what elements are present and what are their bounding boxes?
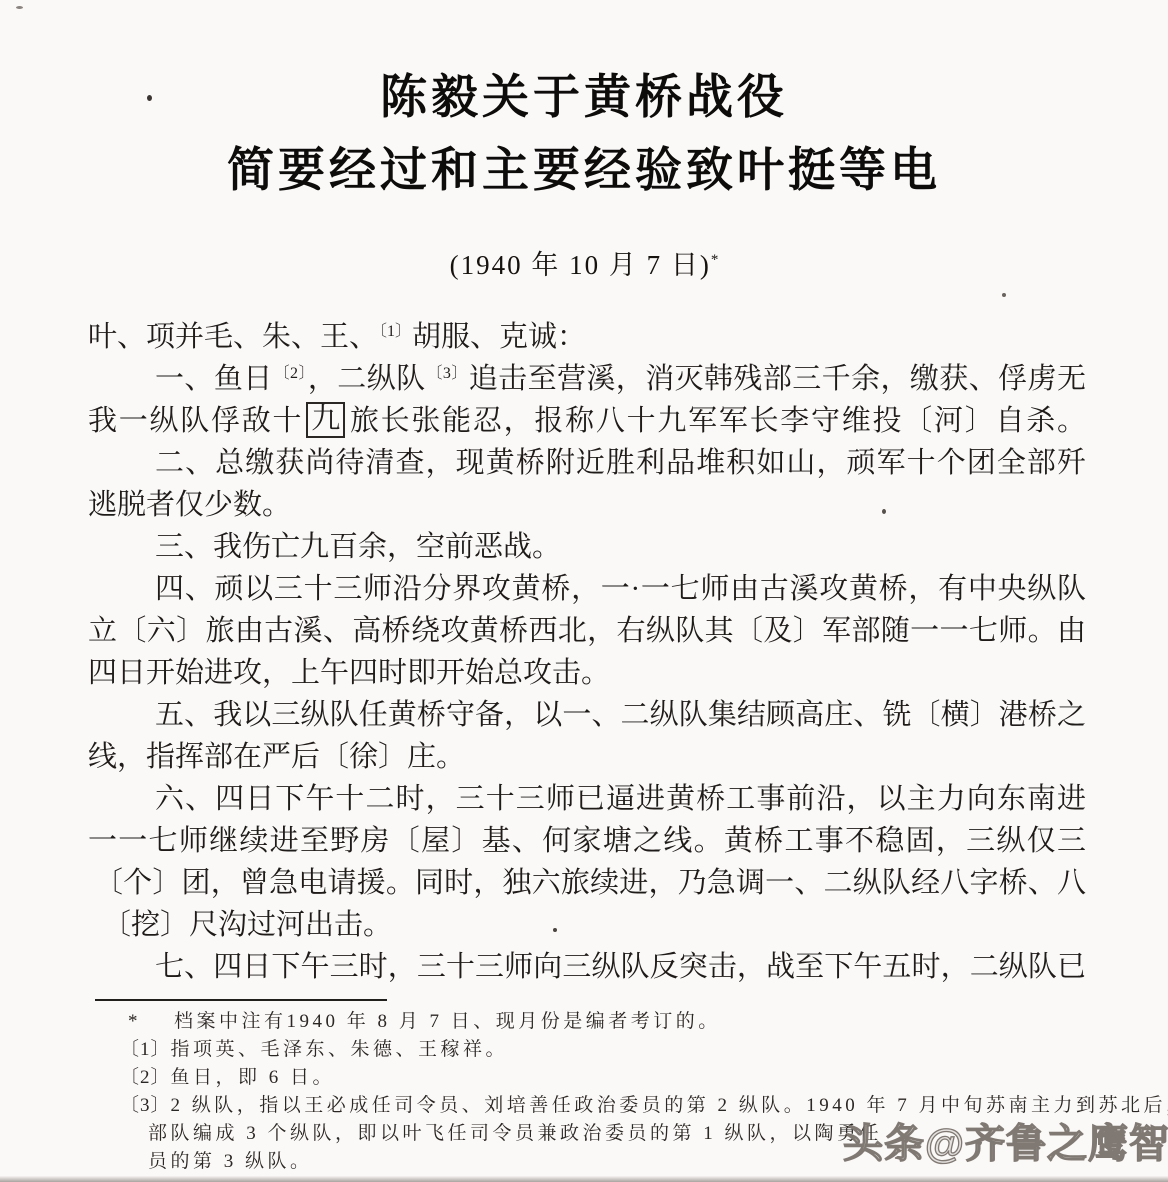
body-text-segment: 叶、项并毛、朱、王、: [88, 321, 378, 353]
body-line: 四、顽以三十三师沿分界攻黄桥，一·一七师由古溪攻黄桥，有中央纵队独: [88, 568, 1086, 610]
body-line: 一、鱼日〔2〕，二纵队〔3〕追击至营溪，消灭韩残部三千余，缴获、俘虏无算。: [88, 358, 1086, 400]
body-text-segment: 六、四日下午十二时，三十三师已逼进黄桥工事前沿，以主力向东南进攻。: [88, 783, 1086, 820]
body-text-segment: 四日开始进攻，上午四时即开始总攻击。: [88, 657, 610, 689]
scan-speck: [147, 95, 152, 101]
footnote-text: 部队编成 3 个纵队，即以叶飞任司令员兼政治委员的第 1 纵队，以陶勇任: [148, 1123, 882, 1144]
footnote-marker: *: [120, 1008, 174, 1036]
body-text-segment: 七、四日下午三时，三十三师向三纵队反突击，战至下午五时，二纵队已: [155, 951, 1086, 983]
body-line: 我一纵队俘敌十九旅长张能忍，报称八十九军军长李守维投〔河〕自杀。: [88, 400, 1086, 442]
footnote-text: 员的第 3 纵队。: [148, 1151, 313, 1172]
body-text-segment: 〔个〕团，曾急电请援。同时，独六旅续进，乃急调一、二纵队经八字桥、八: [94, 867, 1086, 899]
body-text-segment: 胡服、克诚：: [412, 321, 586, 353]
footnote-text: 档案中注有1940 年 8 月 7 日、现月份是编者考订的。: [174, 1011, 721, 1032]
body-line: 四日开始进攻，上午四时即开始总攻击。: [88, 652, 1086, 694]
body-text-segment: 四、顽以三十三师沿分界攻黄桥，一·一七师由古溪攻黄桥，有中央纵队独: [88, 573, 1086, 610]
body-line: 一一七师继续进至野房〔屋〕基、何家塘之线。黄桥工事不稳固，三纵仅三: [88, 820, 1086, 862]
scan-speck: [16, 6, 23, 9]
body-line: 逃脱者仅少数。: [88, 484, 1086, 526]
document-title: 陈毅关于黄桥战役 简要经过和主要经验致叶挺等电: [0, 60, 1168, 206]
body-line: 五、我以三纵队任黄桥守备，以一、二纵队集结顾高庄、铣〔横〕港桥之: [88, 694, 1086, 736]
footnote-text: 指项英、毛泽东、朱德、王稼祥。: [171, 1039, 509, 1060]
body-line: 立〔六〕旅由古溪、高桥绕攻黄桥西北，右纵队其〔及〕军部随一一七师。由: [88, 610, 1086, 652]
footnote-ref: 〔3〕: [427, 365, 468, 382]
body-line: 〔个〕团，曾急电请援。同时，独六旅续进，乃急调一、二纵队经八字桥、八: [88, 862, 1086, 904]
footnote-ref: 〔1〕: [379, 323, 411, 340]
footnote-marker: 〔3〕: [120, 1092, 171, 1120]
footnote-line: *档案中注有1940 年 8 月 7 日、现月份是编者考订的。: [120, 1008, 1168, 1036]
body-text-segment: 一、鱼日: [155, 363, 273, 395]
boxed-character: 九: [306, 402, 345, 438]
dateline: (1940 年 10 月 7 日)*: [0, 243, 1168, 282]
scan-bottom-edge: [0, 1176, 1168, 1182]
scan-speck: [882, 509, 886, 514]
scan-speck: [553, 928, 557, 932]
body-text-segment: ，二纵队: [308, 363, 426, 395]
body-text-segment: 立〔六〕旅由古溪、高桥绕攻黄桥西北，右纵队其〔及〕军部随一一七师。由: [88, 615, 1086, 647]
title-line-2: 简要经过和主要经验致叶挺等电: [0, 133, 1168, 206]
footnote-marker: 〔2〕: [120, 1064, 171, 1092]
title-line-1: 陈毅关于黄桥战役: [0, 60, 1168, 133]
body-line: 三、我伤亡九百余，空前恶战。: [88, 526, 1086, 568]
footnote-line: 〔1〕指项英、毛泽东、朱德、王稼祥。: [120, 1036, 1168, 1064]
body-text-segment: 〔挖〕尺沟过河出击。: [102, 909, 392, 941]
body-line: 线，指挥部在严后〔徐〕庄。: [88, 736, 1086, 778]
body-line: 六、四日下午十二时，三十三师已逼进黄桥工事前沿，以主力向东南进攻。: [88, 778, 1086, 820]
document-page: 陈毅关于黄桥战役 简要经过和主要经验致叶挺等电 (1940 年 10 月 7 日…: [0, 0, 1168, 1182]
body-line: 二、总缴获尚待清查，现黄桥附近胜利品堆积如山，顽军十个团全部歼灭，: [88, 442, 1086, 484]
footnote-text: 鱼日，即 6 日。: [171, 1067, 336, 1088]
footnote-line: 〔2〕鱼日，即 6 日。: [120, 1064, 1168, 1092]
body-text-segment: 一一七师继续进至野房〔屋〕基、何家塘之线。黄桥工事不稳固，三纵仅三: [88, 825, 1086, 857]
date-note-marker: *: [711, 252, 719, 268]
scan-speck: [1002, 293, 1006, 297]
body-text-segment: 逃脱者仅少数。: [88, 489, 291, 521]
footnote-marker: 〔1〕: [120, 1036, 171, 1064]
body-text-segment: 三、我伤亡九百余，空前恶战。: [155, 531, 561, 563]
footnote-ref: 〔2〕: [274, 365, 307, 382]
body-line: 叶、项并毛、朱、王、〔1〕胡服、克诚：: [88, 316, 1086, 358]
body-line: 〔挖〕尺沟过河出击。: [88, 904, 1086, 946]
watermark: 头条@齐鲁之鹰智兴国: [843, 1112, 1168, 1169]
body-text-segment: 五、我以三纵队任黄桥守备，以一、二纵队集结顾高庄、铣〔横〕港桥之: [155, 699, 1086, 731]
date-text: (1940 年 10 月 7 日): [450, 250, 711, 280]
body-text-segment: 二、总缴获尚待清查，现黄桥附近胜利品堆积如山，顽军十个团全部歼灭，: [88, 447, 1086, 484]
body-text-segment: 线，指挥部在严后〔徐〕庄。: [88, 741, 465, 773]
body-text-segment: 我一纵队俘敌十: [88, 405, 303, 437]
body-text-segment: 旅长张能忍，报称八十九军军长李守维投〔河〕自杀。: [348, 405, 1086, 437]
body-line: 七、四日下午三时，三十三师向三纵队反突击，战至下午五时，二纵队已: [88, 946, 1086, 988]
body-text: 叶、项并毛、朱、王、〔1〕胡服、克诚：一、鱼日〔2〕，二纵队〔3〕追击至营溪，消…: [88, 316, 1086, 988]
footnote-divider: [95, 999, 387, 1001]
